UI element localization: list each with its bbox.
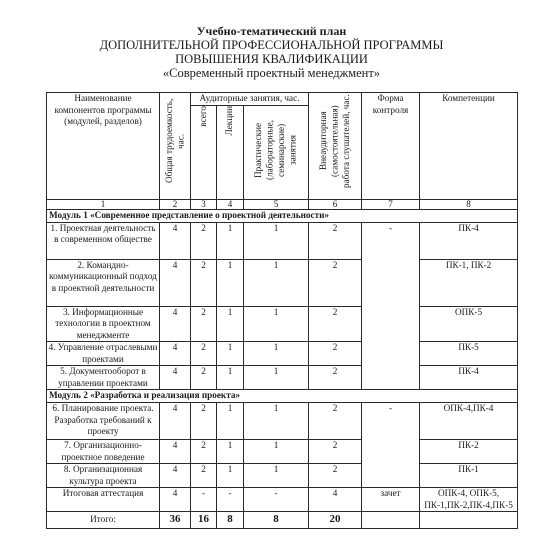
table-row: 3. Информационные технологии в проектном… [47,306,518,342]
row-independent: 2 [309,259,362,306]
col-num: 3 [191,199,217,209]
row-total: 4 [160,306,191,342]
col-num: 2 [160,199,191,209]
row-name: 2. Командно-коммуникационный подход в пр… [47,259,160,306]
row-all: 2 [191,366,217,390]
row-total: 4 [160,440,191,464]
row-lectures: 1 [217,306,244,342]
row-control: зачет [362,488,420,512]
row-practical: - [244,488,309,512]
title-line-2: ДОПОЛНИТЕЛЬНОЙ ПРОФЕССИОНАЛЬНОЙ ПРОГРАММ… [0,38,543,52]
row-total: 4 [160,342,191,366]
row-all: 2 [191,306,217,342]
row-all: 2 [191,342,217,366]
row-lectures: 1 [217,366,244,390]
header-practical: Практические (лабораторные, семинарские)… [244,105,309,199]
totals-row: Итого: 36 16 8 8 20 [47,512,518,529]
totals-lectures: 8 [217,512,244,529]
totals-total: 36 [160,512,191,529]
header-competencies: Компетенции [420,93,518,200]
header-control: Форма контроля [362,93,420,200]
header-name: Наименование компонентов программы (моду… [47,93,160,200]
row-all: - [191,488,217,512]
row-lectures: 1 [217,403,244,440]
row-competencies: ОПК-4, ОПК-5, ПК-1,ПК-2,ПК-4,ПК-5 [420,488,518,512]
row-name: 7. Организационно-проектное поведение [47,440,160,464]
column-numbers-row: 1 2 3 4 5 6 7 8 [47,199,518,209]
header-all: всего [191,105,217,199]
table-row: 7. Организационно-проектное поведение 4 … [47,440,518,464]
row-competencies: ПК-1, ПК-2 [420,259,518,306]
module-2-row: Модуль 2 «Разработка и реализация проект… [47,390,518,403]
module-2-title: Модуль 2 «Разработка и реализация проект… [47,390,518,403]
col-num: 4 [217,199,244,209]
table-row: 4. Управление отраслевыми проектами 4 2 … [47,342,518,366]
document-title: Учебно-тематический план ДОПОЛНИТЕЛЬНОЙ … [0,24,543,80]
row-lectures: 1 [217,222,244,259]
header-total-hours: Общая трудоемкость, час. [160,93,191,200]
row-total: 4 [160,488,191,512]
final-attestation-row: Итоговая аттестация 4 - - - 4 зачет ОПК-… [47,488,518,512]
row-name: 3. Информационные технологии в проектном… [47,306,160,342]
row-name: 4. Управление отраслевыми проектами [47,342,160,366]
row-practical: 1 [244,366,309,390]
header-independent: Внеаудиторная (самостоятельная) работа с… [309,93,362,200]
table-row: 5. Документооборот в управлении проектам… [47,366,518,390]
row-practical: 1 [244,259,309,306]
col-num: 5 [244,199,309,209]
row-competencies: ОПК-5 [420,306,518,342]
row-practical: 1 [244,464,309,488]
row-lectures: 1 [217,440,244,464]
totals-competencies [420,512,518,529]
row-independent: 2 [309,342,362,366]
row-independent: 2 [309,306,362,342]
row-practical: 1 [244,306,309,342]
row-practical: 1 [244,403,309,440]
row-competencies: ПК-4 [420,366,518,390]
totals-all: 16 [191,512,217,529]
row-independent: 2 [309,222,362,259]
row-competencies: ПК-2 [420,440,518,464]
row-competencies: ПК-5 [420,342,518,366]
row-all: 2 [191,259,217,306]
module-1-title: Модуль 1 «Современное представление о пр… [47,209,518,222]
table-row: 8. Организационная культура проекта 4 2 … [47,464,518,488]
row-total: 4 [160,366,191,390]
row-all: 2 [191,403,217,440]
row-total: 4 [160,403,191,440]
row-independent: 4 [309,488,362,512]
row-competencies: ПК-4 [420,222,518,259]
row-total: 4 [160,464,191,488]
table-row: 2. Командно-коммуникационный подход в пр… [47,259,518,306]
header-auditory: Аудиторные занятия, час. [191,93,309,106]
col-num: 7 [362,199,420,209]
row-independent: 2 [309,403,362,440]
row-total: 4 [160,259,191,306]
col-num: 6 [309,199,362,209]
table-row: 1. Проектная деятельность в современном … [47,222,518,259]
row-total: 4 [160,222,191,259]
row-name: 5. Документооборот в управлении проектам… [47,366,160,390]
row-lectures: 1 [217,259,244,306]
totals-practical: 8 [244,512,309,529]
row-independent: 2 [309,440,362,464]
totals-label: Итого: [47,512,160,529]
header-lectures: Лекции [217,105,244,199]
col-num: 1 [47,199,160,209]
row-competencies: ОПК-4,ПК-4 [420,403,518,440]
row-name: 1. Проектная деятельность в современном … [47,222,160,259]
row-competencies: ПК-1 [420,464,518,488]
row-lectures: 1 [217,464,244,488]
row-name: 6. Планирование проекта. Разработка треб… [47,403,160,440]
row-all: 2 [191,464,217,488]
row-practical: 1 [244,440,309,464]
title-line-1: Учебно-тематический план [0,24,543,38]
totals-independent: 20 [309,512,362,529]
row-practical: 1 [244,342,309,366]
col-num: 8 [420,199,518,209]
row-practical: 1 [244,222,309,259]
module-1-control: - [362,222,420,390]
totals-control [362,512,420,529]
row-all: 2 [191,222,217,259]
row-lectures: 1 [217,342,244,366]
title-line-4: «Современный проектный менеджмент» [0,66,543,80]
curriculum-table: Наименование компонентов программы (моду… [46,92,518,529]
row-all: 2 [191,440,217,464]
module-2-control: - [362,403,420,488]
row-name: 8. Организационная культура проекта [47,464,160,488]
row-name: Итоговая аттестация [47,488,160,512]
row-independent: 2 [309,464,362,488]
title-line-3: ПОВЫШЕНИЯ КВАЛИФИКАЦИИ [0,52,543,66]
table-row: 6. Планирование проекта. Разработка треб… [47,403,518,440]
row-independent: 2 [309,366,362,390]
module-1-row: Модуль 1 «Современное представление о пр… [47,209,518,222]
row-lectures: - [217,488,244,512]
